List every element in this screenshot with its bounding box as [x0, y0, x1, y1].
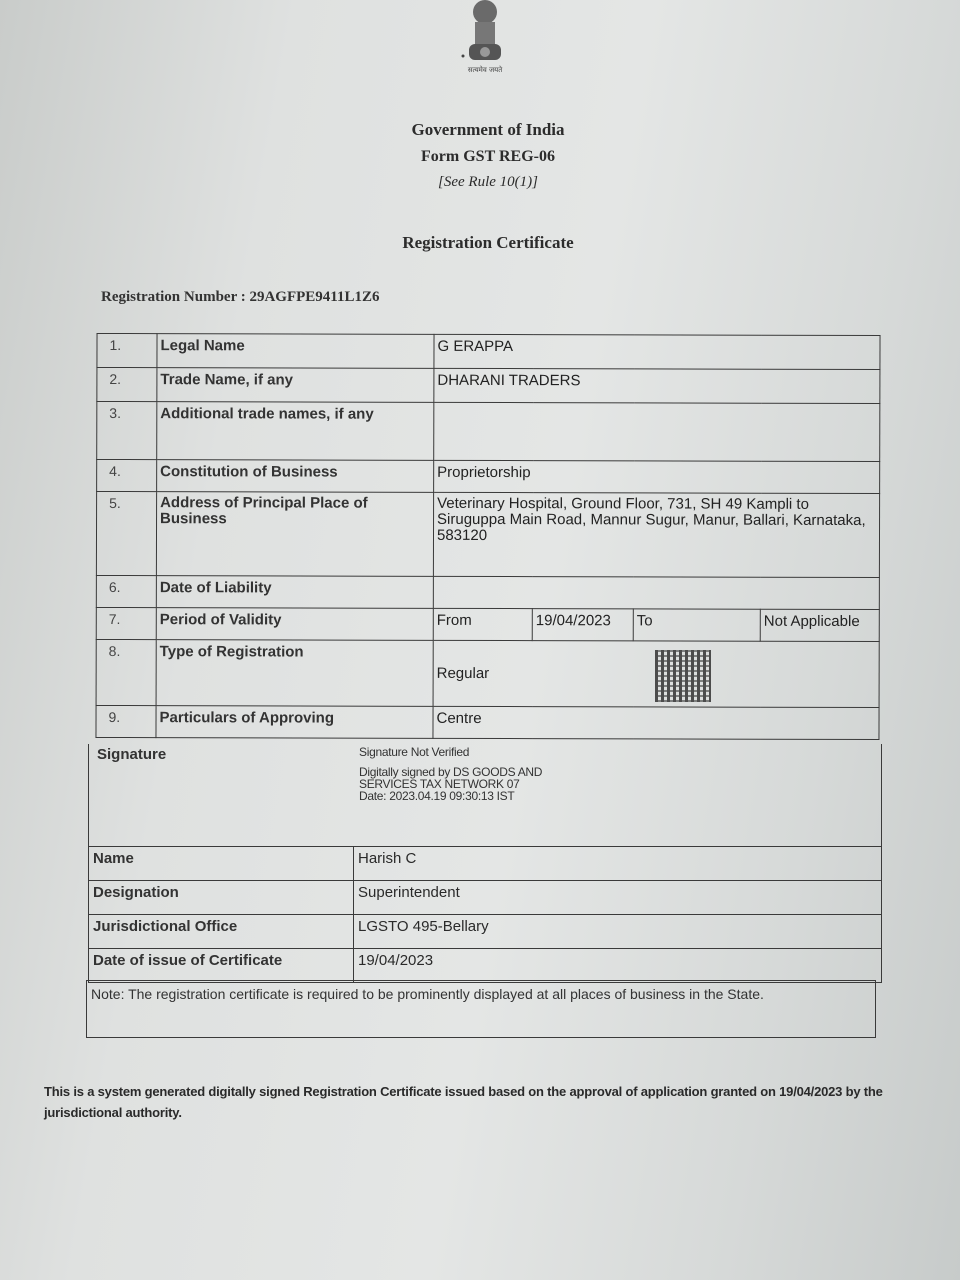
table-row: 9. Particulars of Approving Centre — [96, 705, 879, 739]
validity-from-value: 19/04/2023 — [532, 609, 633, 641]
table-row: 4. Constitution of Business Proprietorsh… — [97, 459, 880, 493]
to-label: To — [633, 609, 760, 641]
officer-name-value: Harish C — [354, 847, 882, 881]
registration-number: Registration Number : 29AGFPE9411L1Z6 — [101, 289, 379, 306]
table-row: Jurisdictional Office LGSTO 495-Bellary — [89, 915, 882, 949]
signature-label: Signature — [97, 746, 166, 763]
from-label: From — [433, 608, 532, 640]
officer-label: Designation — [89, 881, 354, 915]
registration-details-table: 1. Legal Name G ERAPPA 2. Trade Name, if… — [95, 333, 880, 740]
row-number: 1. — [97, 333, 157, 367]
table-row: 1. Legal Name G ERAPPA — [97, 333, 880, 369]
row-number: 2. — [97, 367, 157, 401]
row-label: Type of Registration — [156, 640, 433, 707]
row-label: Period of Validity — [156, 608, 433, 641]
government-title: Government of India — [0, 120, 960, 140]
row-number: 4. — [97, 459, 157, 491]
additional-trade-names-value — [434, 402, 880, 461]
constitution-value: Proprietorship — [434, 460, 880, 493]
designation-value: Superintendent — [354, 881, 882, 915]
table-row: 2. Trade Name, if any DHARANI TRADERS — [97, 367, 880, 403]
table-row: Date of issue of Certificate 19/04/2023 — [89, 949, 882, 983]
emblem-caption: सत्यमेव जयते — [455, 66, 515, 75]
row-label: Date of Liability — [156, 576, 433, 609]
legal-name-value: G ERAPPA — [434, 334, 880, 369]
qr-code-icon — [655, 650, 711, 702]
table-row: Designation Superintendent — [89, 881, 882, 915]
trade-name-value: DHARANI TRADERS — [434, 368, 880, 403]
jurisdictional-office-value: LGSTO 495-Bellary — [354, 915, 882, 949]
signature-status: Signature Not Verified — [359, 746, 542, 758]
digital-signature: Signature Not Verified Digitally signed … — [359, 746, 542, 802]
row-number: 6. — [96, 575, 156, 607]
row-label: Particulars of Approving — [156, 706, 433, 739]
row-number: 3. — [97, 401, 157, 459]
officer-label: Date of issue of Certificate — [89, 949, 354, 983]
table-row: 6. Date of Liability — [96, 575, 879, 609]
row-label: Address of Principal Place of Business — [156, 492, 433, 577]
row-number: 5. — [96, 491, 156, 575]
officer-label: Jurisdictional Office — [89, 915, 354, 949]
system-generated-footer: This is a system generated digitally sig… — [44, 1081, 924, 1123]
signature-date: Date: 2023.04.19 09:30:13 IST — [359, 790, 542, 802]
approving-authority-value: Centre — [433, 706, 879, 739]
certificate-title: Registration Certificate — [0, 233, 960, 253]
issue-date-value: 19/04/2023 — [354, 949, 882, 983]
row-number: 9. — [96, 705, 156, 737]
row-number: 8. — [96, 639, 156, 705]
table-row: 8. Type of Registration Regular — [96, 639, 879, 707]
officer-label: Name — [89, 847, 354, 881]
row-label: Legal Name — [157, 334, 434, 369]
form-name: Form GST REG-06 — [0, 148, 960, 166]
row-number: 7. — [96, 607, 156, 639]
signature-block: Signature Signature Not Verified Digital… — [88, 744, 882, 847]
rule-reference: [See Rule 10(1)] — [0, 174, 960, 191]
row-label: Constitution of Business — [157, 460, 434, 493]
table-row: 3. Additional trade names, if any — [97, 401, 880, 461]
table-row: Name Harish C — [89, 847, 882, 881]
validity-to-value: Not Applicable — [760, 609, 879, 641]
officer-details-table: Name Harish C Designation Superintendent… — [88, 846, 882, 983]
row-label: Trade Name, if any — [157, 368, 434, 403]
display-note: Note: The registration certificate is re… — [86, 980, 876, 1038]
date-of-liability-value — [433, 576, 879, 609]
row-label: Additional trade names, if any — [157, 402, 434, 461]
table-row: 7. Period of Validity From 19/04/2023 To… — [96, 607, 879, 641]
address-value: Veterinary Hospital, Ground Floor, 731, … — [433, 492, 879, 577]
table-row: 5. Address of Principal Place of Busines… — [96, 491, 879, 577]
